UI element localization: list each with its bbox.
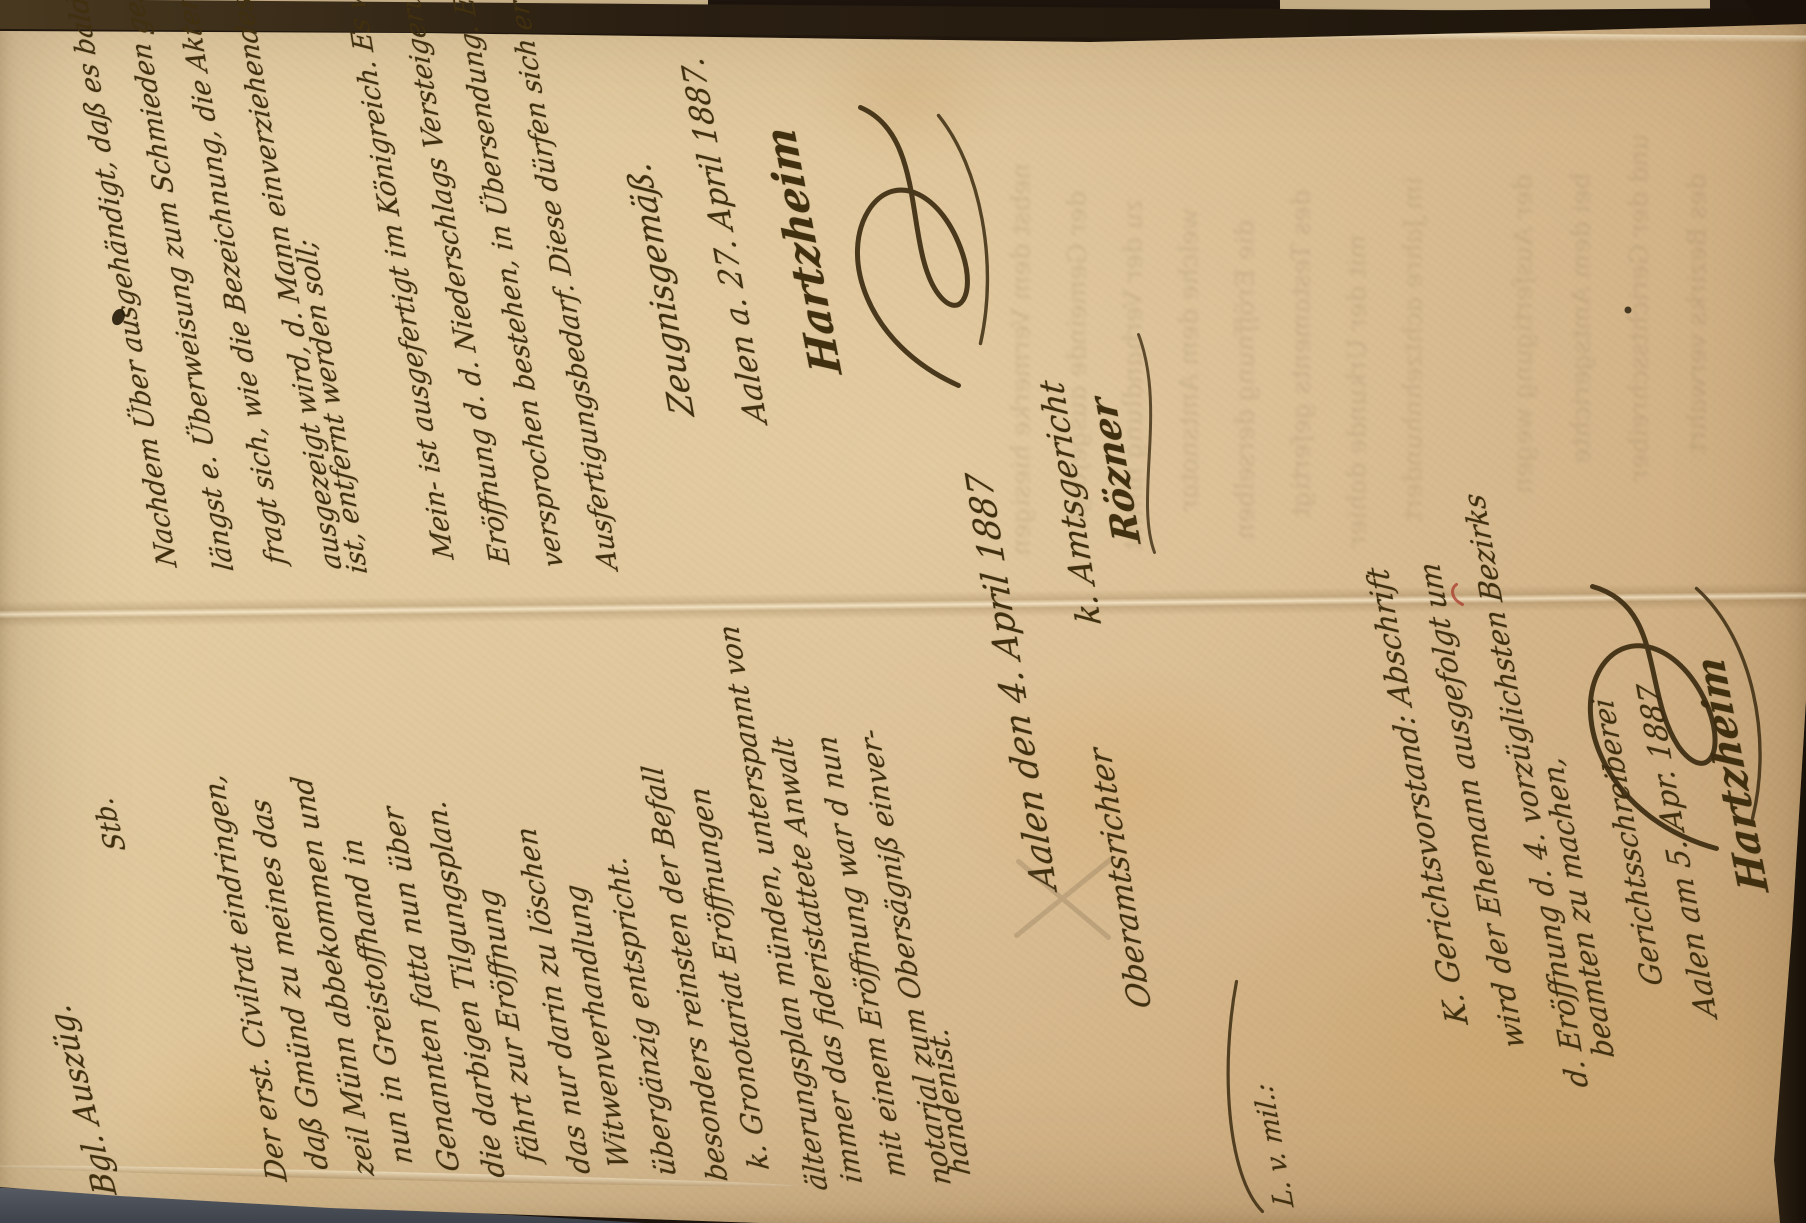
photo-of-manuscript: Bgl. Auszüg. Stb. Nachdem Über ausgehänd… (0, 0, 1806, 1223)
ghost-line: zu der Verhandlung nimmt (1118, 195, 1148, 554)
signature-paraph-icon (1556, 578, 1776, 868)
ghost-line: des Bezirks verwahrt (1682, 170, 1712, 456)
docket-note-mark: Stb. (87, 793, 131, 854)
ghost-line: bei dem Amtsgerichte (1566, 169, 1596, 466)
ghost-line: welche dem Amtsnotar (1174, 204, 1204, 514)
docket-label: Bgl. Auszüg. (41, 999, 123, 1198)
margin-brace-icon (1216, 975, 1268, 1215)
ghost-line: mit der Urkunde dahier (1342, 230, 1372, 550)
ghost-line: die Eröffnung derselben (1230, 216, 1260, 542)
ghost-line: im Jahre achtzehnhundert (1398, 173, 1428, 524)
ghost-line: des Testaments gefertigt (1286, 186, 1316, 520)
red-clerk-mark-icon (1446, 581, 1468, 607)
ghost-line: nebst dem Vermerke hiesigen (1006, 159, 1036, 558)
signature-paraph-icon (830, 93, 1000, 403)
handwriting-layer: Bgl. Auszüg. Stb. Nachdem Über ausgehänd… (0, 0, 1806, 1223)
faint-cross-mark-icon (1008, 853, 1118, 943)
ghost-line: der Gemeinde ausgefolgt (1062, 187, 1092, 526)
certification-formula: Zeugnisgemäß. (618, 158, 701, 419)
ghost-line: der Ausfertigung wegen (1508, 171, 1538, 497)
ink-dot (1624, 306, 1631, 313)
